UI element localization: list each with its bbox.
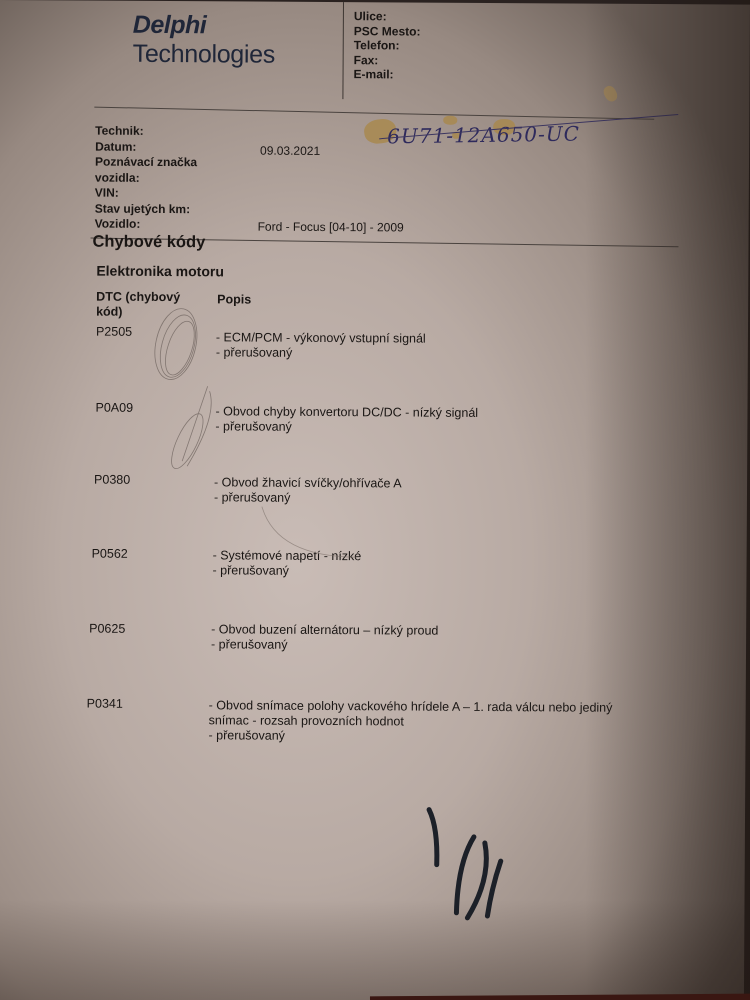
dtc-description-line: - přerušovaný	[215, 419, 685, 437]
dtc-code: P0A09	[95, 401, 133, 415]
date-value: 09.03.2021	[260, 144, 320, 158]
label-vin: VIN:	[95, 186, 197, 202]
logo-line2: Technologies	[133, 39, 276, 70]
dtc-code: P0625	[89, 622, 125, 636]
dtc-code: P2505	[96, 325, 132, 339]
contact-fax-label: Fax:	[354, 53, 421, 68]
contact-email-label: E-mail:	[354, 67, 421, 82]
contact-city-label: PSC Mesto:	[354, 24, 421, 39]
vehicle-info-labels: Technik: Datum: Poznávací značka vozidla…	[95, 124, 198, 233]
subsection-title: Elektronika motoru	[96, 263, 224, 280]
column-header-code: DTC (chybový kód)	[96, 290, 180, 321]
logo-line1: Delphi	[133, 11, 276, 40]
contact-street-label: Ulice:	[354, 9, 421, 24]
dtc-description: - Systémové napetí - nízké- přerušovaný	[212, 548, 682, 581]
column-header-code-line1: DTC (chybový	[96, 290, 180, 306]
label-mileage: Stav ujetých km:	[95, 201, 197, 217]
marker-tally-marks	[419, 803, 510, 924]
label-date: Datum:	[95, 139, 197, 155]
paper-sheet: Delphi Technologies Ulice: PSC Mesto: Te…	[0, 0, 750, 1000]
dtc-description: - Obvod žhavicí svíčky/ohřívače A- přeru…	[214, 475, 684, 508]
column-header-description: Popis	[217, 292, 251, 307]
label-plate-2: vozidla:	[95, 170, 197, 186]
dtc-description-line: - přerušovaný	[208, 728, 678, 746]
dtc-description: - ECM/PCM - výkonový vstupní signál- pře…	[216, 330, 686, 363]
dtc-description: - Obvod buzení alternátoru – nízký proud…	[211, 622, 681, 655]
dtc-description: - Obvod chyby konvertoru DC/DC - nízký s…	[215, 404, 685, 437]
label-vehicle: Vozidlo:	[95, 217, 197, 233]
dtc-code: P0562	[92, 547, 128, 561]
header-divider-vertical	[342, 2, 344, 99]
contact-block: Ulice: PSC Mesto: Telefon: Fax: E-mail:	[354, 9, 421, 82]
column-header-code-line2: kód)	[96, 305, 180, 321]
dtc-code: P0380	[94, 473, 130, 487]
dtc-description-line: - přerušovaný	[214, 490, 684, 508]
dtc-list: P2505- ECM/PCM - výkonový vstupní signál…	[0, 0, 750, 5]
dtc-description-line: - přerušovaný	[211, 637, 681, 655]
label-plate-1: Poznávací značka	[95, 155, 197, 171]
dtc-description-line: - přerušovaný	[212, 563, 682, 581]
section-title: Chybové kódy	[92, 233, 205, 253]
label-technician: Technik:	[95, 124, 197, 140]
dtc-code: P0341	[87, 697, 123, 711]
dtc-description: - Obvod snímace polohy vackového hrídele…	[208, 698, 678, 746]
dtc-description-line: - přerušovaný	[216, 345, 686, 363]
delphi-logo: Delphi Technologies	[133, 11, 276, 70]
vehicle-value: Ford - Focus [04-10] - 2009	[258, 220, 404, 235]
contact-phone-label: Telefon:	[354, 38, 421, 53]
stain	[601, 84, 619, 104]
header-divider	[94, 107, 654, 120]
